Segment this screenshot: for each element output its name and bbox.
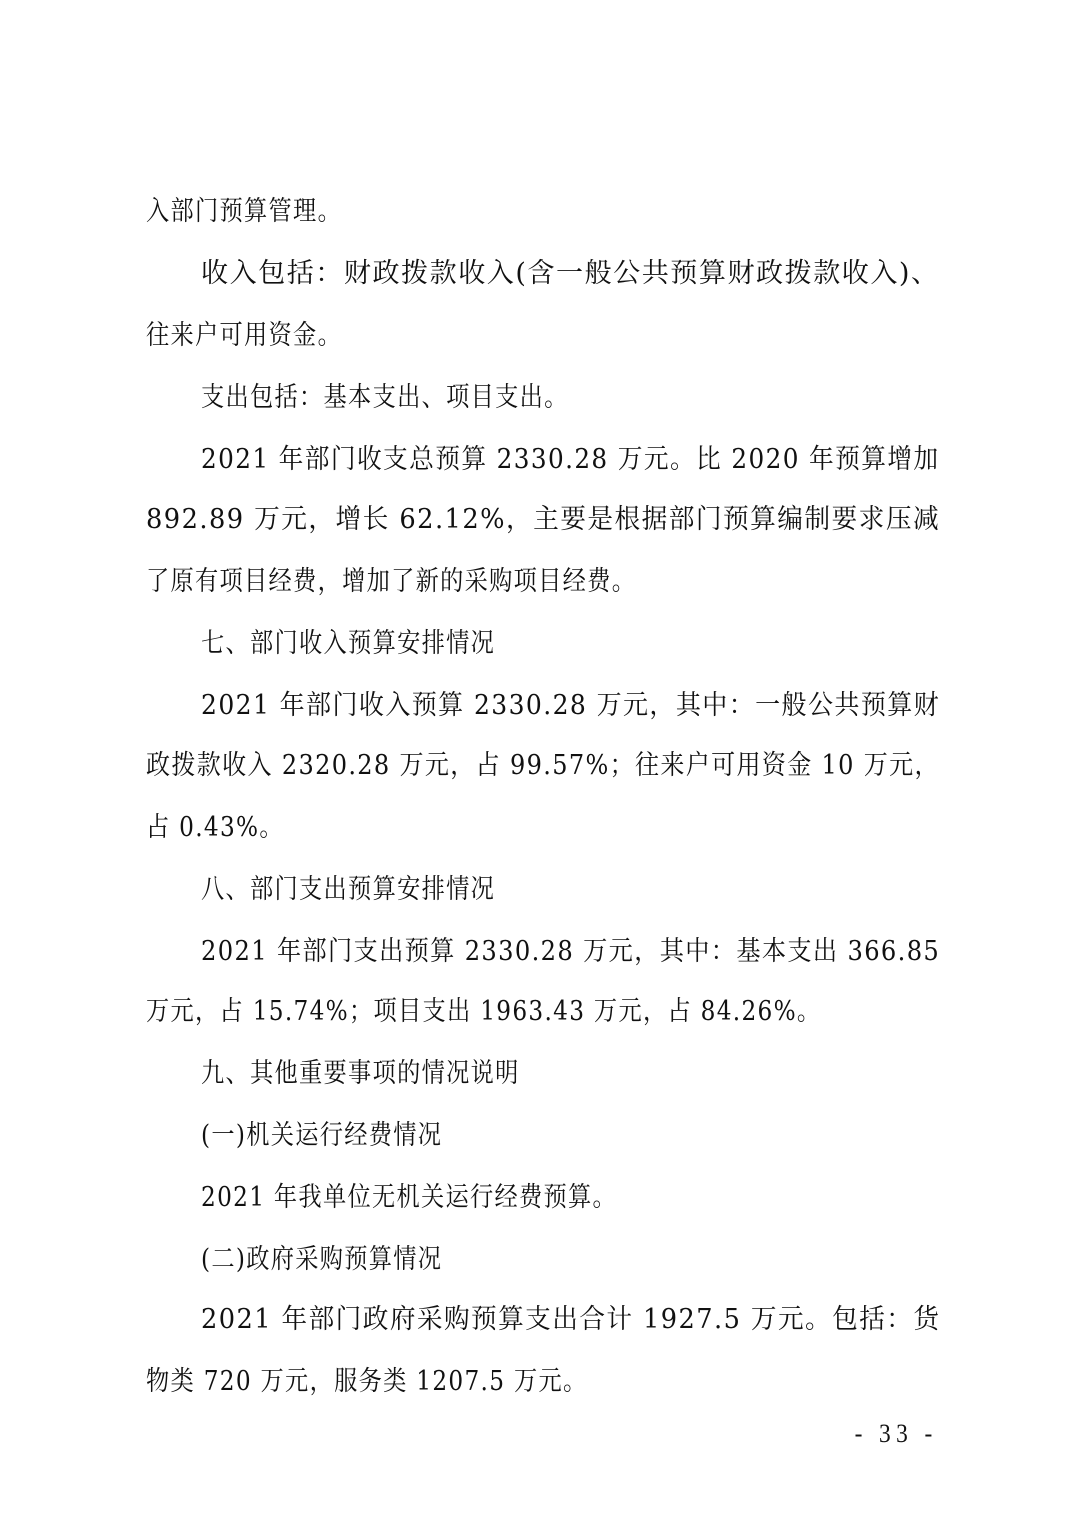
- paragraph-line: 物类 720 万元，服务类 1207.5 万元。: [146, 1366, 587, 1398]
- paragraph-line: 占 0.43%。: [146, 812, 284, 844]
- paragraph-line: 八、部门支出预算安排情况: [201, 874, 495, 906]
- paragraph-line: 九、其他重要事项的情况说明: [201, 1058, 520, 1090]
- paragraph-line: 政拨款收入 2320.28 万元，占 99.57%；往来户可用资金 10 万元，: [146, 750, 940, 782]
- paragraph-line: 2021 年我单位无机关运行经费预算。: [201, 1182, 617, 1214]
- paragraph-line: 2021 年部门支出预算 2330.28 万元，其中：基本支出 366.85: [201, 936, 940, 968]
- page-number: - 33 -: [854, 1418, 937, 1450]
- paragraph-line: 七、部门收入预算安排情况: [201, 628, 495, 660]
- paragraph-line: 了原有项目经费，增加了新的采购项目经费。: [146, 566, 636, 598]
- paragraph-line: 入部门预算管理。: [146, 196, 342, 228]
- paragraph-line: 往来户可用资金。: [146, 320, 342, 352]
- paragraph-line: 万元，占 15.74%；项目支出 1963.43 万元，占 84.26%。: [146, 996, 821, 1028]
- paragraph-line: (一)机关运行经费情况: [201, 1120, 442, 1152]
- paragraph-line: 2021 年部门收入预算 2330.28 万元，其中：一般公共预算财: [201, 690, 940, 722]
- paragraph-line: 2021 年部门政府采购预算支出合计 1927.5 万元。包括：货: [201, 1304, 940, 1336]
- paragraph-line: 收入包括：财政拨款收入(含一般公共预算财政拨款收入)、: [201, 258, 940, 290]
- paragraph-line: 2021 年部门收支总预算 2330.28 万元。比 2020 年预算增加: [201, 444, 940, 476]
- paragraph-line: (二)政府采购预算情况: [201, 1244, 442, 1276]
- paragraph-line: 支出包括：基本支出、项目支出。: [201, 382, 569, 414]
- paragraph-line: 892.89 万元，增长 62.12%，主要是根据部门预算编制要求压减: [146, 504, 940, 536]
